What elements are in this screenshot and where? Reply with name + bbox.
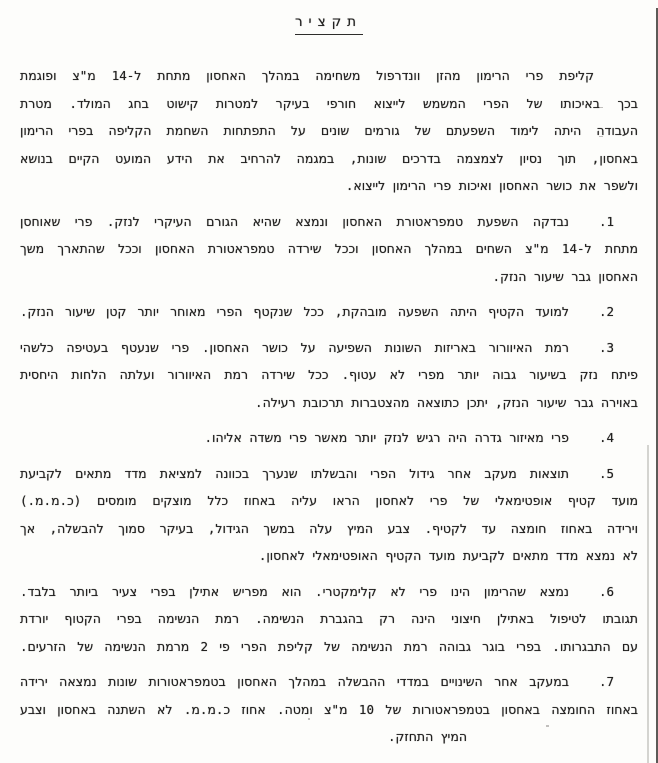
text-line: 4.פרי מאיזור גדרה היה רגיש לנזק יותר מאש…: [20, 424, 638, 452]
abstract-item-7: 7.במעקב אחר השינויים במדדי ההבשלה במהלך …: [20, 668, 638, 751]
item-number: 2.: [599, 304, 614, 319]
scan-speck: [546, 725, 549, 727]
abstract-item-4: 4.פרי מאיזור גדרה היה רגיש לנזק יותר מאש…: [20, 424, 638, 452]
text-line: באחסון, תוך נסיון לצמצמה בדרכים שונות, ב…: [20, 145, 638, 173]
scan-speck: [599, 136, 603, 137]
text-line: 1.נבדקה השפעת טמפראטורת האחסון ונמצא שהי…: [20, 208, 638, 236]
text-line: בכך באיכותו של הפרי המשמש לייצוא חורפי ב…: [20, 90, 638, 118]
scanned-document-page: תקציר קליפת פרי הרימון מהזן וונדרפול משח…: [0, 0, 658, 763]
item-text: נמצא שהרימון הינו פרי לא קלימקטרי. הוא מ…: [20, 584, 569, 599]
item-number: 6.: [599, 584, 614, 599]
abstract-item-6: 6.נמצא שהרימון הינו פרי לא קלימקטרי. הוא…: [20, 578, 638, 661]
intro-paragraph: קליפת פרי הרימון מהזן וונדרפול משחימה במ…: [20, 62, 638, 200]
text-line: וירידה באחוז חומצה עד לקטיף. צבע המיץ על…: [20, 515, 638, 543]
abstract-item-3: 3.רמת האיוורור באריזות השונות השפיעה על …: [20, 334, 638, 417]
text-line: 7.במעקב אחר השינויים במדדי ההבשלה במהלך …: [20, 668, 638, 696]
item-text: רמת האיוורור באריזות השונות השפיעה על כו…: [20, 340, 569, 355]
scan-speck: [308, 718, 310, 720]
text-line: מועד קטיף אופטימאלי של פרי לאחסון הראו ע…: [20, 487, 638, 515]
abstract-item-1: 1.נבדקה השפעת טמפראטורת האחסון ונמצא שהי…: [20, 208, 638, 291]
item-number: 5.: [599, 466, 614, 481]
text-line: 5.תוצאות מעקב אחר גידול הפרי והבשלתו שנע…: [20, 460, 638, 488]
text-line: תגובתו לטיפול באתילן חיצוני הינה רק בהגב…: [20, 605, 638, 633]
item-text: למועד הקטיף היתה השפעה מובהקת, ככל שנקטף…: [20, 304, 569, 319]
item-number: 1.: [599, 214, 614, 229]
text-line: באחוז החומצה באחסון בטמפראטורות של 10 מ"…: [20, 696, 638, 724]
scan-speck: [599, 107, 603, 108]
text-line: המיץ התחזק.: [20, 723, 467, 751]
item-text: פרי מאיזור גדרה היה רגיש לנזק יותר מאשר …: [205, 430, 569, 445]
text-line: העבודה היתה לימוד השפעתם של גורמים שונים…: [20, 117, 638, 145]
item-number: 3.: [599, 340, 614, 355]
text-line: האחסון גבר שיעור הנזק.: [20, 263, 638, 291]
abstract-item-2: 2.למועד הקטיף היתה השפעה מובהקת, ככל שנק…: [20, 298, 638, 326]
text-line: פיתח נזק בשיעור גבוה יותר מפרי לא עטוף. …: [20, 361, 638, 389]
text-line: לא נמצא מדד מתאים לקביעת מועד הקטיף האופ…: [20, 542, 638, 570]
text-line: 2.למועד הקטיף היתה השפעה מובהקת, ככל שנק…: [20, 298, 638, 326]
text-line: קליפת פרי הרימון מהזן וונדרפול משחימה במ…: [20, 62, 638, 90]
item-text: נבדקה השפעת טמפראטורת האחסון ונמצא שהיא …: [20, 214, 569, 229]
text-line: 6.נמצא שהרימון הינו פרי לא קלימקטרי. הוא…: [20, 578, 638, 606]
item-text: תוצאות מעקב אחר גידול הפרי והבשלתו שנערך…: [20, 466, 569, 481]
item-number: 4.: [599, 430, 614, 445]
item-number: 7.: [599, 674, 614, 689]
item-text: במעקב אחר השינויים במדדי ההבשלה במהלך הא…: [20, 674, 569, 689]
text-line: מתחת ל-14 מ"צ השחים במהלך האחסון וככל שי…: [20, 235, 638, 263]
text-line: באוירה גבר שיעור הנזק, יתכן כתוצאה מהצטב…: [20, 389, 638, 417]
text-line: 3.רמת האיוורור באריזות השונות השפיעה על …: [20, 334, 638, 362]
scan-edge-faint-line: [647, 445, 649, 763]
title-row: תקציר: [20, 14, 638, 36]
document-title: תקציר: [295, 14, 363, 35]
text-line: עם התבגרותו. בפרי בוגר גבוהה רמת הנשימה …: [20, 633, 638, 661]
text-line: ולשפר את כושר האחסון ואיכות פרי הרימון ל…: [20, 172, 638, 200]
abstract-item-5: 5.תוצאות מעקב אחר גידול הפרי והבשלתו שנע…: [20, 460, 638, 570]
